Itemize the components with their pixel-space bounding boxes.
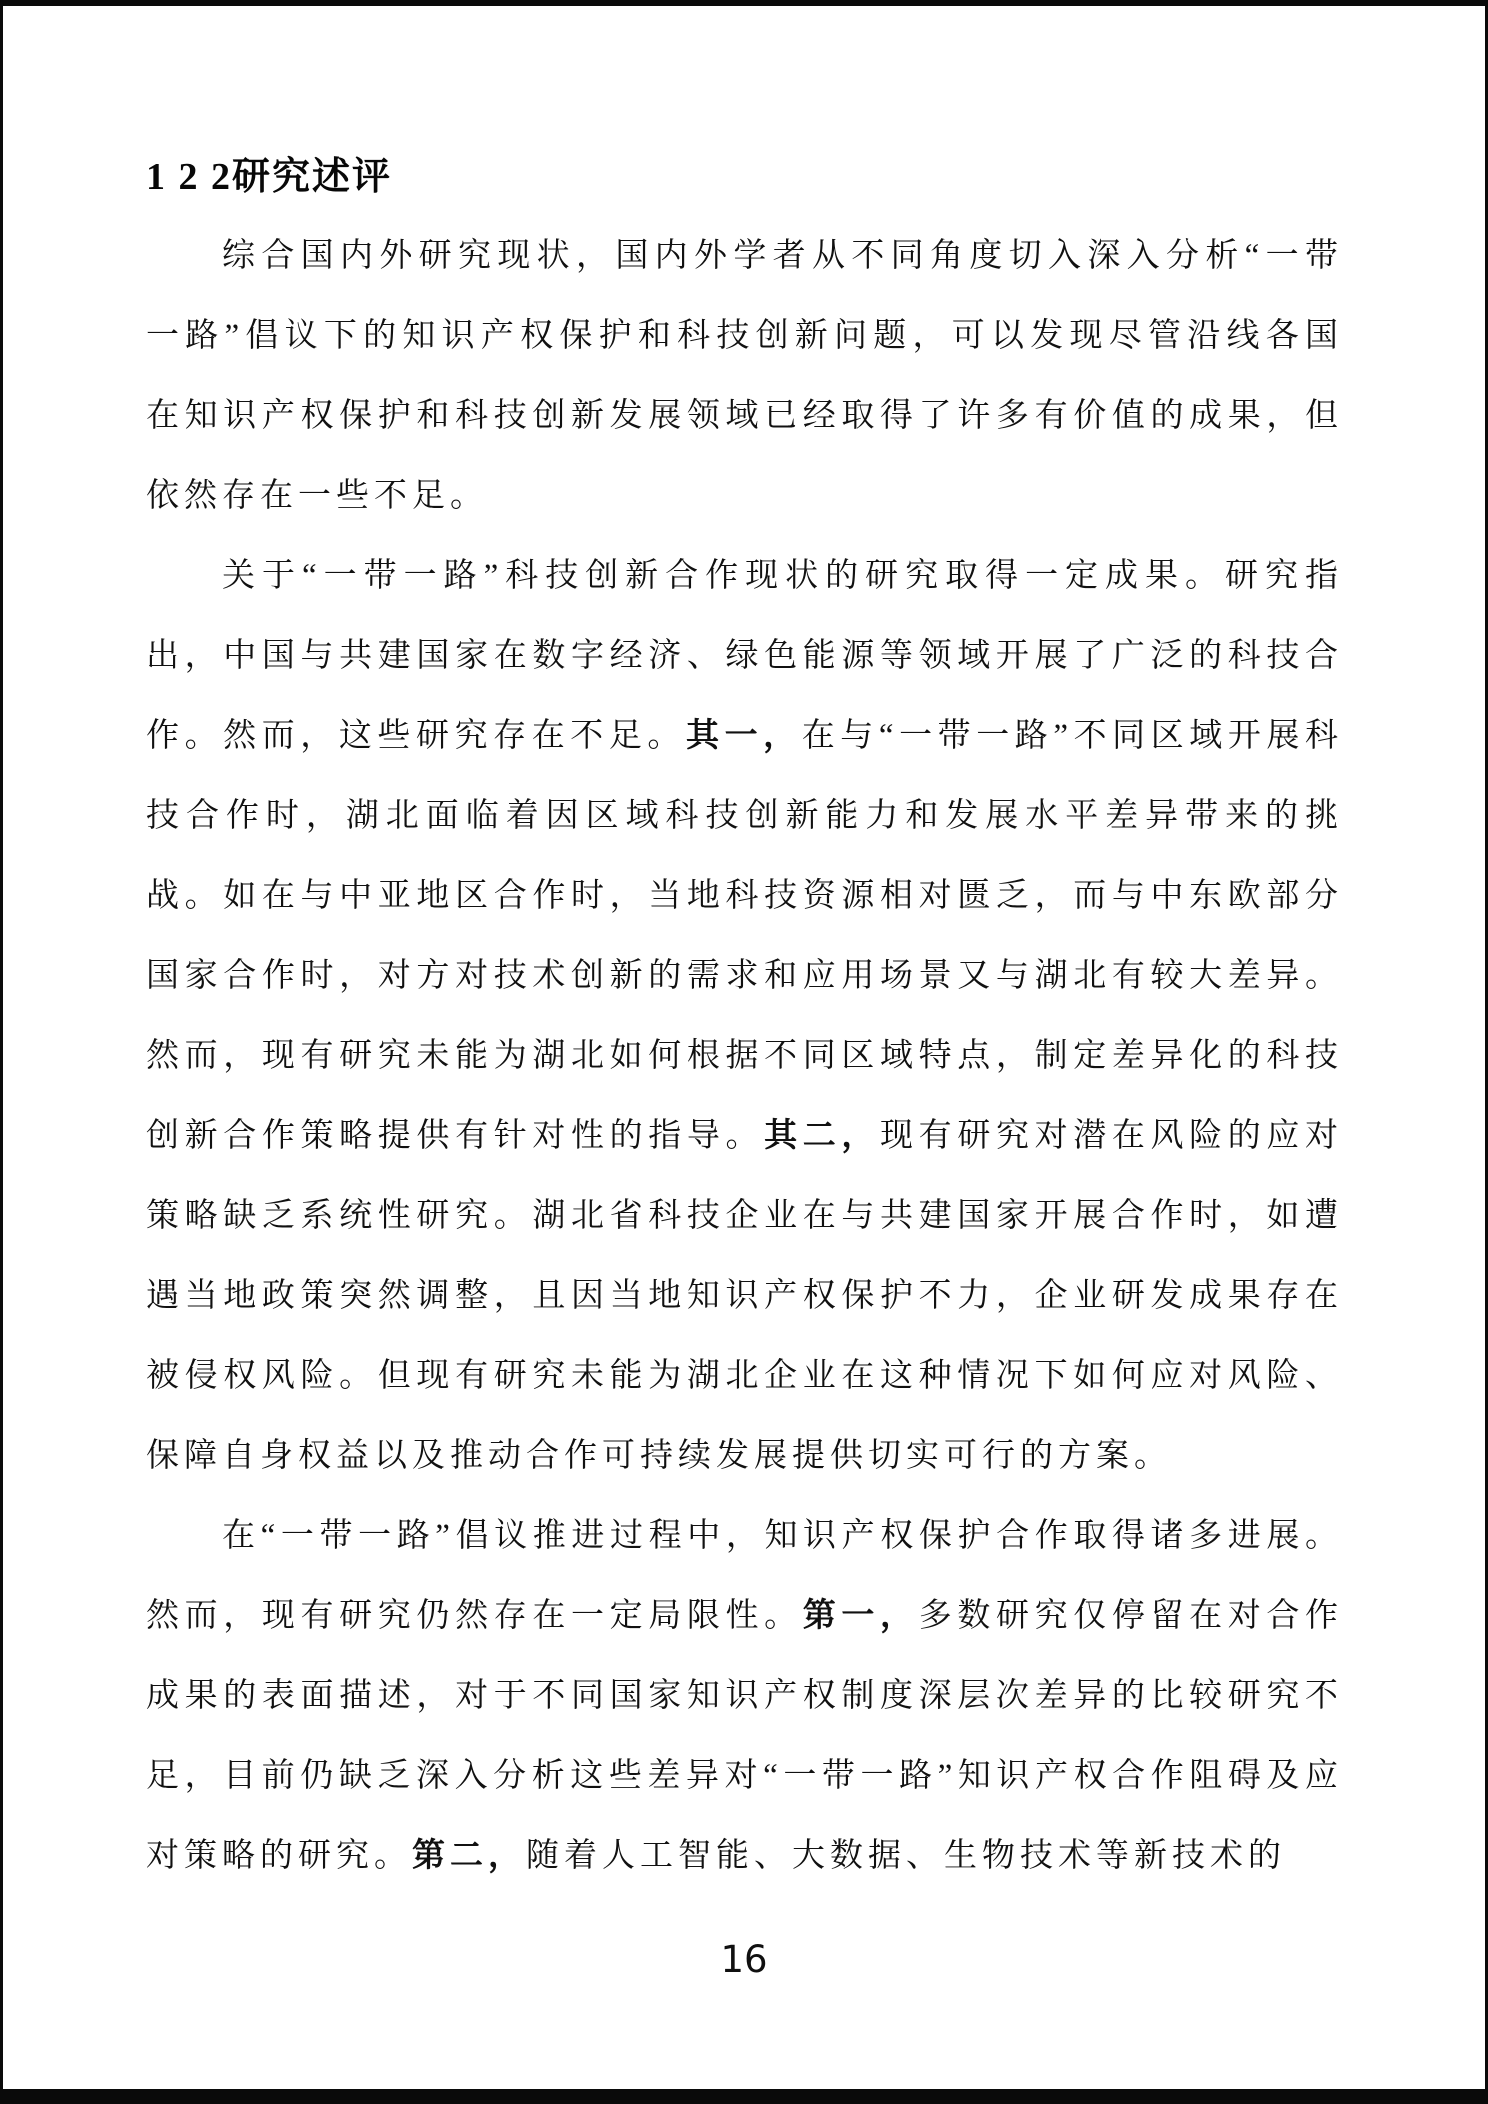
paragraph: 关于“一带一路”科技创新合作现状的研究取得一定成果。研究指出，中国与共建国家在数… <box>146 536 1343 1496</box>
text-run: 多数研究仅停留在对合作成果的表面描述，对于不同国家知识产权制度深层次差异的比较研… <box>146 1598 1343 1874</box>
emphasis-run: 第二， <box>412 1838 526 1874</box>
paragraph: 综合国内外研究现状，国内外学者从不同角度切入深入分析“一带一路”倡议下的知识产权… <box>146 216 1343 536</box>
document-page: 1 2 2研究述评 综合国内外研究现状，国内外学者从不同角度切入深入分析“一带一… <box>3 6 1485 2089</box>
text-run: 随着人工智能、大数据、生物技术等新技术的 <box>526 1838 1286 1874</box>
page-content: 1 2 2研究述评 综合国内外研究现状，国内外学者从不同角度切入深入分析“一带一… <box>3 6 1485 1896</box>
paragraph: 在“一带一路”倡议推进过程中，知识产权保护合作取得诸多进展。然而，现有研究仍然存… <box>146 1496 1343 1896</box>
emphasis-run: 第一， <box>803 1598 919 1634</box>
text-run: 综合国内外研究现状，国内外学者从不同角度切入深入分析“一带一路”倡议下的知识产权… <box>146 238 1343 514</box>
section-heading: 1 2 2研究述评 <box>146 154 1343 200</box>
paragraphs: 综合国内外研究现状，国内外学者从不同角度切入深入分析“一带一路”倡议下的知识产权… <box>146 216 1343 1896</box>
text-run: 现有研究对潜在风险的应对策略缺乏系统性研究。湖北省科技企业在与共建国家开展合作时… <box>146 1118 1343 1474</box>
text-run: 在与“一带一路”不同区域开展科技合作时，湖北面临着因区域科技创新能力和发展水平差… <box>146 718 1343 1154</box>
emphasis-run: 其一， <box>686 718 802 754</box>
page-number: 16 <box>3 1938 1485 1981</box>
emphasis-run: 其二， <box>764 1118 880 1154</box>
